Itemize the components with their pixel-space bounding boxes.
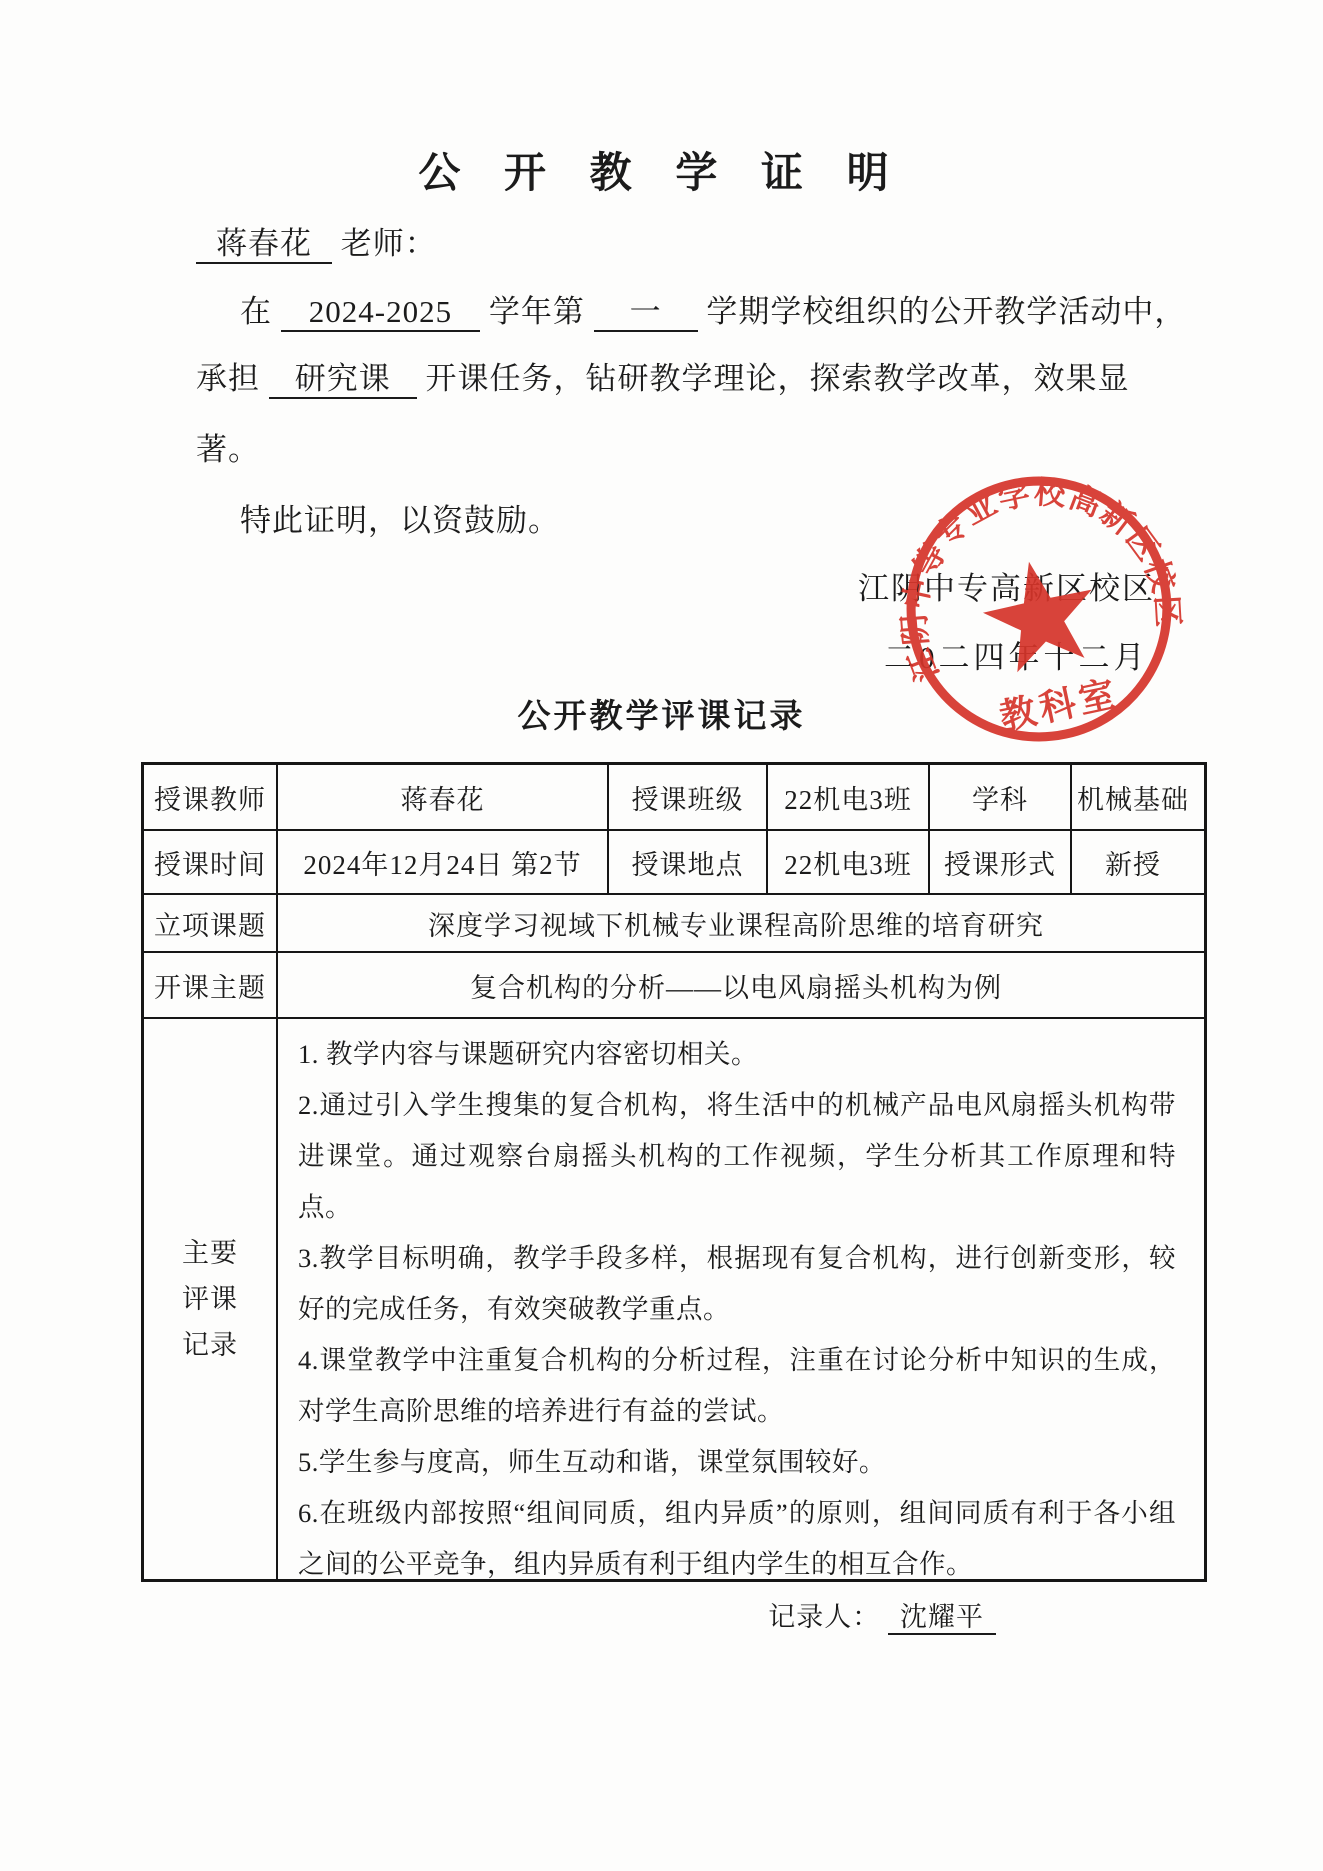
value-location: 22机电3班 — [768, 831, 930, 893]
value-subject: 机械基础 — [1072, 765, 1194, 829]
issue-date: 二0二四年十二月 — [884, 632, 1149, 677]
record-title: 公开教学评课记录 — [0, 690, 1323, 737]
comment-item-4: 4.课堂教学中注重复合机构的分析过程，注重在讨论分析中知识的生成，对学生高阶思维… — [298, 1335, 1176, 1437]
school-year-underlined: 2024-2025 — [281, 294, 480, 332]
label-class: 授课班级 — [609, 765, 768, 829]
body-line-1: 在 2024-2025 学年第 一 学期学校组织的公开教学活动中， — [240, 286, 1186, 332]
table-row-2: 授课时间 2024年12月24日 第2节 授课地点 22机电3班 授课形式 新授 — [144, 831, 1204, 895]
label-time: 授课时间 — [144, 831, 278, 893]
certificate-page: 公 开 教 学 证 明 蒋春花 老师： 在 2024-2025 学年第 一 学期… — [0, 0, 1323, 1871]
value-form: 新授 — [1072, 831, 1194, 893]
body-line-2: 承担 研究课 开课任务，钻研教学理论，探索教学改革，效果显 — [196, 353, 1130, 399]
line1-mid: 学年第 — [489, 294, 585, 329]
label-comments-line2: 评课 — [182, 1276, 238, 1322]
value-time: 2024年12月24日 第2节 — [278, 831, 609, 893]
value-project: 深度学习视域下机械专业课程高阶思维的培育研究 — [278, 895, 1194, 951]
label-form: 授课形式 — [930, 831, 1072, 893]
recorder-label: 记录人： — [768, 1602, 880, 1632]
comment-item-2: 2.通过引入学生搜集的复合机构，将生活中的机械产品电风扇摇头机构带进课堂。通过观… — [298, 1080, 1176, 1233]
value-topic: 复合机构的分析——以电风扇摇头机构为例 — [278, 953, 1194, 1017]
teacher-name-underlined: 蒋春花 — [196, 226, 332, 264]
line1-prefix: 在 — [240, 294, 272, 329]
label-teacher: 授课教师 — [144, 765, 278, 829]
table-row-project: 立项课题 深度学习视域下机械专业课程高阶思维的培育研究 — [144, 895, 1204, 953]
recorder-name-underlined: 沈耀平 — [888, 1601, 996, 1635]
label-subject: 学科 — [930, 765, 1072, 829]
evaluation-table: 授课教师 蒋春花 授课班级 22机电3班 学科 机械基础 授课时间 2024年1… — [141, 762, 1207, 1582]
comments-content: 1. 教学内容与课题研究内容密切相关。 2.通过引入学生搜集的复合机构，将生活中… — [278, 1019, 1194, 1579]
document-title: 公 开 教 学 证 明 — [0, 140, 1323, 200]
label-comments-line1: 主要 — [182, 1230, 238, 1276]
recorder-line: 记录人： 沈耀平 — [298, 1592, 1176, 1643]
table-row-topic: 开课主题 复合机构的分析——以电风扇摇头机构为例 — [144, 953, 1204, 1019]
table-row-comments: 主要 评课 记录 1. 教学内容与课题研究内容密切相关。 2.通过引入学生搜集的… — [144, 1019, 1204, 1579]
comment-item-5: 5.学生参与度高，师生互动和谐，课堂氛围较好。 — [298, 1437, 1176, 1488]
body-line-3: 著。 — [196, 424, 260, 469]
line2-prefix: 承担 — [196, 361, 260, 396]
issuing-org: 江阴中专高新区校区 — [858, 563, 1155, 608]
comment-item-1: 1. 教学内容与课题研究内容密切相关。 — [298, 1029, 1176, 1080]
label-location: 授课地点 — [609, 831, 768, 893]
label-comments: 主要 评课 记录 — [144, 1019, 278, 1579]
value-teacher: 蒋春花 — [278, 765, 609, 829]
course-type-underlined: 研究课 — [269, 361, 417, 399]
term-underlined: 一 — [594, 294, 698, 332]
body-line-4: 特此证明，以资鼓励。 — [240, 495, 560, 540]
label-comments-line3: 记录 — [182, 1322, 238, 1368]
label-project: 立项课题 — [144, 895, 278, 951]
table-row-1: 授课教师 蒋春花 授课班级 22机电3班 学科 机械基础 — [144, 765, 1204, 831]
line1-suffix: 学期学校组织的公开教学活动中， — [706, 294, 1186, 329]
value-class: 22机电3班 — [768, 765, 930, 829]
comment-item-6: 6.在班级内部按照“组间同质，组内异质”的原则，组间同质有利于各小组之间的公平竞… — [298, 1488, 1176, 1590]
line2-suffix: 开课任务，钻研教学理论，探索教学改革，效果显 — [426, 361, 1130, 396]
greeting-line: 蒋春花 老师： — [196, 218, 437, 264]
comment-item-3: 3.教学目标明确，教学手段多样，根据现有复合机构，进行创新变形，较好的完成任务，… — [298, 1233, 1176, 1335]
label-topic: 开课主题 — [144, 953, 278, 1017]
salutation-suffix: 老师： — [341, 226, 437, 261]
